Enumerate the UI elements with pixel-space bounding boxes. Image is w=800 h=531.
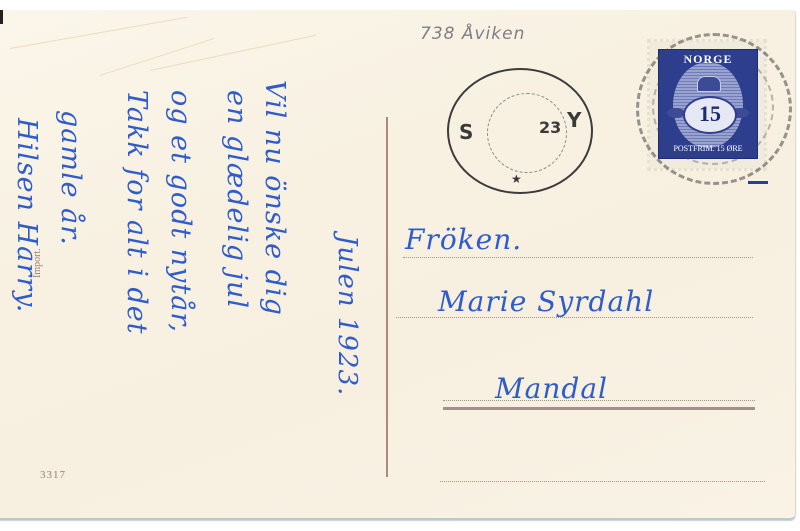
import-label: Import. <box>32 248 43 278</box>
postmark-star: ★ <box>511 172 522 186</box>
address-salutation: Fröken. <box>405 223 522 256</box>
postmark: S Y 23 ★ <box>447 68 593 194</box>
paper-crease <box>100 38 214 76</box>
address-line-4 <box>440 481 765 482</box>
paper-crease <box>150 35 316 71</box>
postmark-date: 23 <box>539 118 561 137</box>
message-line-4: Takk for alt i det <box>121 90 152 335</box>
stamp-cancellation-inner <box>652 49 774 165</box>
center-divider <box>386 117 388 477</box>
postmark-left-letter: S <box>459 120 473 144</box>
postmark-right-letter: Y <box>567 108 581 132</box>
message-signature: Hilsen Harry. <box>11 118 42 313</box>
message-line-2: en glædelig jul <box>221 90 252 309</box>
message-line-1: Vil nu önske dig <box>259 80 290 316</box>
message-date: Julen 1923. <box>332 235 362 396</box>
address-line-1 <box>403 257 753 258</box>
message-line-5: gamle år. <box>55 110 86 246</box>
stamp-fragment <box>748 181 768 184</box>
address-name: Marie Syrdahl <box>438 285 654 318</box>
pencil-note: 738 Åviken <box>420 24 525 44</box>
address-town: Mandal <box>495 372 608 405</box>
scan-edge <box>0 10 3 24</box>
paper-crease <box>10 17 187 49</box>
card-number: 3317 <box>40 469 66 481</box>
message-line-3: og et godt nytår, <box>165 90 196 333</box>
address-line-3-rule <box>443 407 755 410</box>
